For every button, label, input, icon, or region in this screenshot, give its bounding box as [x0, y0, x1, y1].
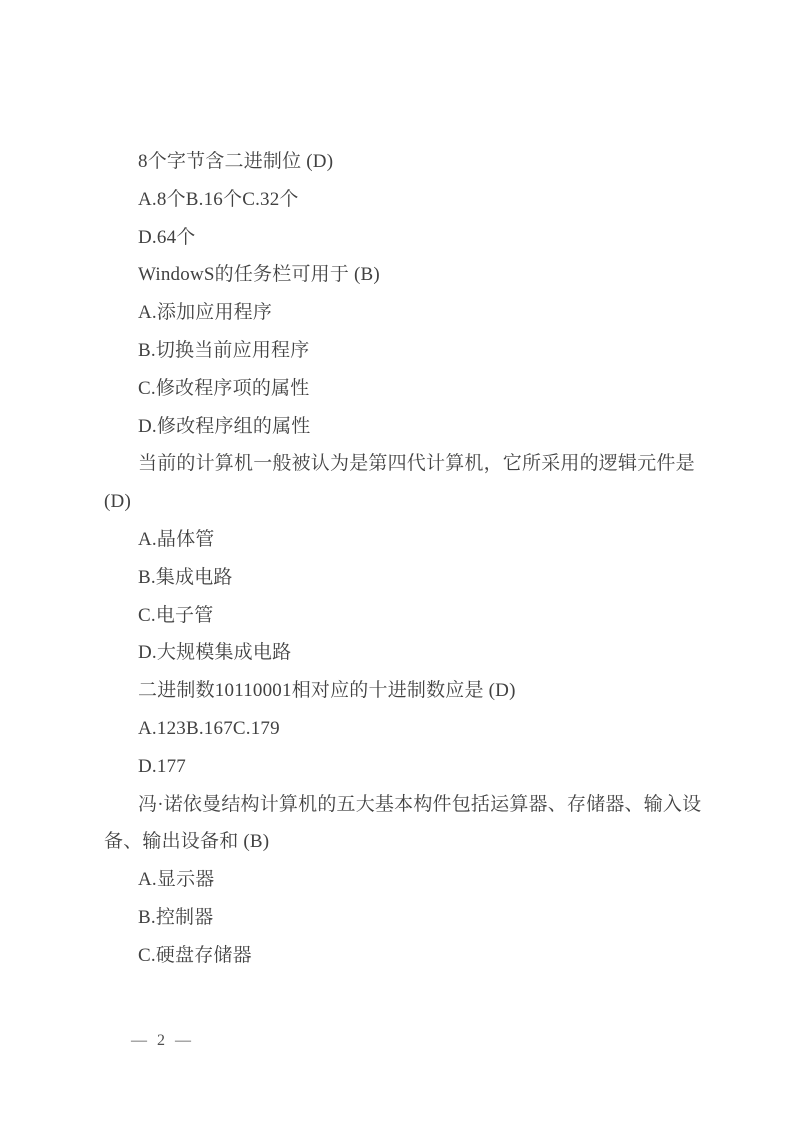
question-text-block: 8个字节含二进制位 (D)A.8个B.16个C.32个D.64个WindowS的… — [104, 143, 714, 975]
text-line: A.添加应用程序 — [104, 294, 714, 332]
text-line: C.硬盘存储器 — [104, 937, 714, 975]
text-line: 8个字节含二进制位 (D) — [104, 143, 714, 181]
text-line: 二进制数10110001相对应的十进制数应是 (D) — [104, 672, 714, 710]
text-line: D.177 — [104, 748, 714, 786]
text-line: D.64个 — [104, 219, 714, 257]
text-line: B.切换当前应用程序 — [104, 332, 714, 370]
text-line: A.123B.167C.179 — [104, 710, 714, 748]
text-line: B.控制器 — [104, 899, 714, 937]
text-line: (D) — [104, 483, 714, 521]
text-line: D.修改程序组的属性 — [104, 408, 714, 446]
text-line: 冯·诺依曼结构计算机的五大基本构件包括运算器、存储器、输入设 — [104, 786, 714, 824]
text-line: A.8个B.16个C.32个 — [104, 181, 714, 219]
text-line: 备、输出设备和 (B) — [104, 823, 714, 861]
document-page: 8个字节含二进制位 (D)A.8个B.16个C.32个D.64个WindowS的… — [0, 0, 794, 1122]
text-line: WindowS的任务栏可用于 (B) — [104, 256, 714, 294]
text-line: 当前的计算机一般被认为是第四代计算机，它所采用的逻辑元件是 — [104, 445, 714, 483]
text-line: B.集成电路 — [104, 559, 714, 597]
text-line: A.晶体管 — [104, 521, 714, 559]
text-line: A.显示器 — [104, 861, 714, 899]
text-line: C.修改程序项的属性 — [104, 370, 714, 408]
text-line: D.大规模集成电路 — [104, 634, 714, 672]
page-number-footer: — 2 — — [131, 1031, 193, 1051]
text-line: C.电子管 — [104, 597, 714, 635]
